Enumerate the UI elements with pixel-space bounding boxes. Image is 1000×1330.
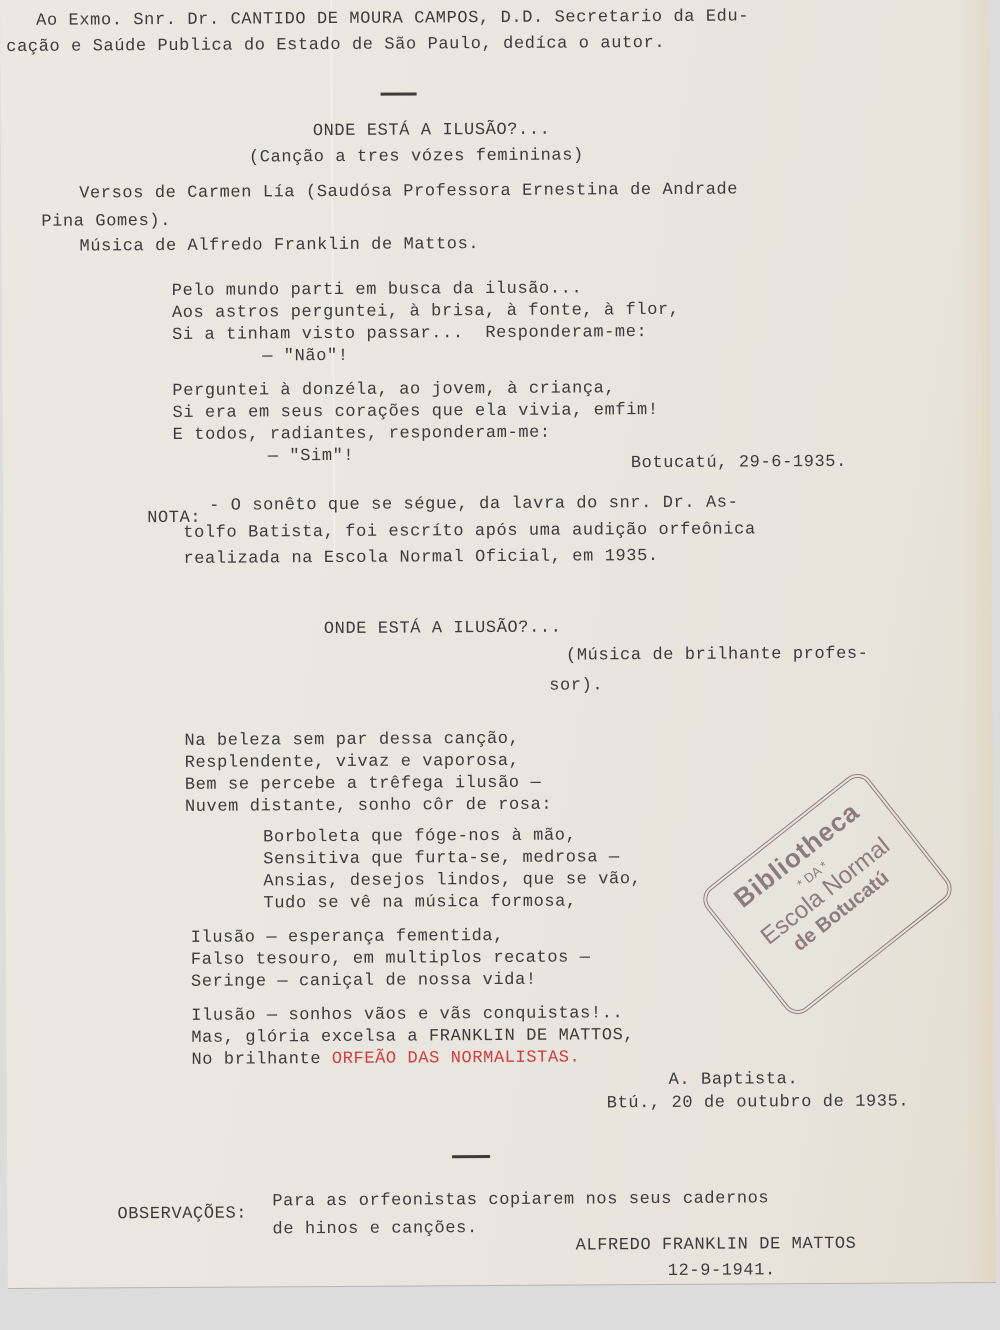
dedication-line-2: cação e Saúde Publica do Estado de São P…	[6, 34, 665, 57]
song1-credits-line-3: Música de Alfredo Franklin de Mattos.	[79, 235, 479, 256]
observations-line-1: Para as orfeonistas copiarem nos seus ca…	[272, 1189, 769, 1211]
sonnet-verse: Ansias, desejos lindos, que se vão,	[263, 870, 641, 891]
song1-verse: Pelo mundo parti em busca da ilusão...	[172, 279, 583, 301]
sonnet-verse: Resplendente, vivaz e vaporosa,	[185, 752, 520, 773]
divider-rule	[452, 1155, 490, 1158]
note-line-3: realizada na Escola Normal Oficial, em 1…	[183, 547, 658, 569]
sonnet-verse: Bem se percebe a trêfega ilusão —	[185, 774, 542, 795]
song1-place-date: Botucatú, 29-6-1935.	[631, 453, 847, 473]
document-page: Ao Exmo. Snr. Dr. CANTIDO DE MOURA CAMPO…	[0, 0, 996, 1289]
library-stamp: Bibliotheca * DA * Escola Normal de Botu…	[697, 767, 958, 1020]
sonnet-verse: Tudo se vê na música formosa,	[263, 892, 576, 913]
sonnet-verse: Falso tesouro, em multiplos recatos —	[191, 948, 591, 969]
paper-crease	[330, 0, 335, 558]
note-line-2: tolfo Batista, foi escríto após uma audi…	[183, 520, 756, 542]
song1-verse: Si era em seus corações que ela vivia, e…	[172, 401, 658, 423]
note-line-1: - O sonêto que se ségue, da lavra do snr…	[209, 493, 738, 515]
song1-verse: — "Sim"!	[268, 447, 355, 467]
observations-signature: ALFREDO FRANKLIN DE MATTOS	[576, 1235, 857, 1256]
observations-label: OBSERVAÇÕES:	[117, 1205, 247, 1225]
song1-verse: Perguntei à donzéla, ao jovem, à criança…	[172, 379, 615, 401]
sonnet-verse: Ilusão — esperança fementida,	[191, 927, 504, 948]
song2-subtitle-line-2: sor).	[549, 676, 603, 695]
song2-title: ONDE ESTÁ A ILUSÃO?...	[324, 619, 562, 639]
song1-verse: Aos astros perguntei, à brisa, à fonte, …	[172, 301, 680, 323]
song1-credits-line-1: Versos de Carmen Lía (Saudósa Professora…	[79, 180, 738, 203]
observations-date: 12-9-1941.	[668, 1261, 776, 1281]
divider-rule	[381, 92, 417, 95]
song1-title: ONDE ESTÁ A ILUSÃO?...	[313, 121, 551, 141]
paper-edge-stain	[958, 0, 996, 1282]
sonnet-last-verse: No brilhante ORFEÃO DAS NORMALISTAS.	[191, 1048, 580, 1069]
song1-subtitle: (Canção a tres vózes femininas)	[249, 146, 584, 167]
song1-verse: E todos, radiantes, responderam-me:	[173, 424, 551, 445]
sonnet-verse: Seringe — caniçal de nossa vida!	[191, 971, 537, 992]
song1-credits-line-2: Pina Gomes).	[41, 212, 171, 232]
song1-verse: — "Não"!	[262, 347, 349, 367]
sonnet-author: A. Baptista.	[669, 1070, 799, 1090]
sonnet-verse: Sensitiva que furta-se, medrosa —	[263, 848, 620, 869]
sonnet-verse: Na beleza sem par dessa canção,	[184, 730, 519, 751]
orfeao-highlight: ORFEÃO DAS NORMALISTAS.	[332, 1048, 581, 1069]
song1-verse: Si a tinham visto passar... Responderam-…	[172, 323, 647, 345]
sonnet-verse: Mas, glória excelsa a FRANKLIN DE MATTOS…	[191, 1026, 634, 1048]
sonnet-verse: Nuvem distante, sonho côr de rosa:	[185, 796, 552, 817]
sonnet-last-verse-prefix: No brilhante	[191, 1050, 332, 1070]
observations-line-2: de hinos e canções.	[272, 1219, 477, 1239]
sonnet-verse: Ilusão — sonhos vãos e vãs conquistas!..	[191, 1004, 623, 1026]
sonnet-verse: Borboleta que fóge-nos à mão,	[263, 826, 576, 847]
sonnet-place-date: Btú., 20 de outubro de 1935.	[607, 1092, 910, 1113]
dedication-line-1: Ao Exmo. Snr. Dr. CANTIDO DE MOURA CAMPO…	[36, 7, 749, 30]
song2-subtitle-line-1: (Música de brilhante profes-	[566, 645, 869, 666]
